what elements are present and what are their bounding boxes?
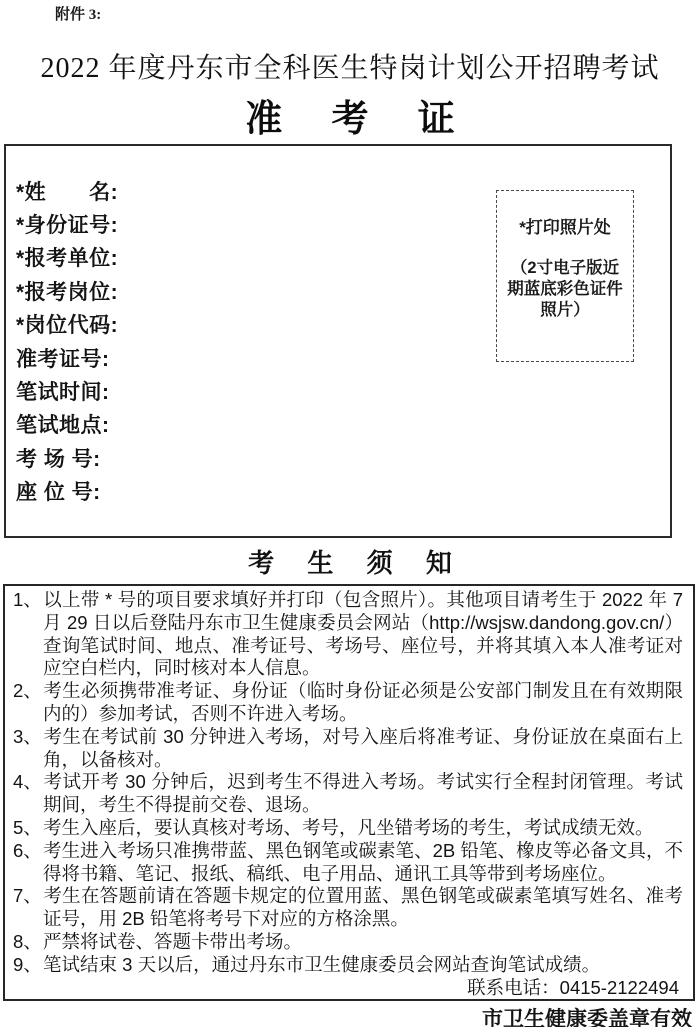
field-row-applied-position: *报考岗位: xyxy=(16,274,490,307)
field-label-applied-position: *报考岗位: xyxy=(16,276,118,306)
ticket-info-box: *姓 名: *身份证号: *报考单位: *报考岗位: *岗位代码: 准考证号: … xyxy=(4,144,672,538)
notice-box: 1、以上带 * 号的项目要求填好并打印（包含照片）。其他项目请考生于 2022 … xyxy=(3,584,695,1001)
notice-item-text: 笔试结束 3 天以后，通过丹东市卫生健康委员会网站查询笔试成绩。 xyxy=(43,954,600,975)
notice-item: 5、考生入座后，要认真核对考场、考号，凡坐错考场的考生，考试成绩无效。 xyxy=(13,817,683,840)
notice-item-number: 8、 xyxy=(13,931,43,954)
photo-placeholder-subtitle: （2寸电子版近期蓝底彩色证件照片） xyxy=(504,258,626,321)
notice-item-number: 9、 xyxy=(13,954,43,977)
field-label-exam-time: 笔试时间: xyxy=(16,376,110,406)
notice-item-text: 考生入座后，要认真核对考场、考号，凡坐错考场的考生，考试成绩无效。 xyxy=(43,817,654,838)
field-label-id-number: *身份证号: xyxy=(16,209,118,239)
notice-item-text: 考生在答题前请在答题卡规定的位置用蓝、黑色钢笔或碳素笔填写姓名、准考证号，用 2… xyxy=(43,885,683,929)
field-row-exam-time: 笔试时间: xyxy=(16,374,490,407)
seal-note: 市卫生健康委盖章有效 xyxy=(482,1003,692,1027)
field-label-applied-unit: *报考单位: xyxy=(16,242,118,272)
notice-item: 1、以上带 * 号的项目要求填好并打印（包含照片）。其他项目请考生于 2022 … xyxy=(13,589,683,680)
field-row-applied-unit: *报考单位: xyxy=(16,241,490,274)
notice-item-text: 考生必须携带准考证、身份证（临时身份证必须是公安部门制发且在有效期限内的）参加考… xyxy=(43,680,683,724)
notice-item-number: 2、 xyxy=(13,680,43,703)
notice-item-text: 严禁将试卷、答题卡带出考场。 xyxy=(43,931,302,952)
field-row-seat-number: 座 位 号: xyxy=(16,475,490,508)
field-row-name: *姓 名: xyxy=(16,174,490,207)
field-label-exam-location: 笔试地点: xyxy=(16,409,110,439)
field-label-name: *姓 名: xyxy=(16,176,118,206)
notice-item-text: 以上带 * 号的项目要求填好并打印（包含照片）。其他项目请考生于 2022 年 … xyxy=(43,589,683,678)
field-row-ticket-number: 准考证号: xyxy=(16,341,490,374)
notice-item-number: 6、 xyxy=(13,840,43,863)
notice-item: 7、考生在答题前请在答题卡规定的位置用蓝、黑色钢笔或碳素笔填写姓名、准考证号，用… xyxy=(13,885,683,931)
contact-phone: 联系电话：0415-2122494 xyxy=(13,977,683,1000)
exam-title: 2022 年度丹东市全科医生特岗计划公开招聘考试 xyxy=(0,46,700,86)
notice-item-number: 3、 xyxy=(13,726,43,749)
notice-item-number: 7、 xyxy=(13,885,43,908)
admission-ticket-document: 附件 3: 2022 年度丹东市全科医生特岗计划公开招聘考试 准 考 证 *姓 … xyxy=(0,0,700,1027)
notice-item: 3、考生在考试前 30 分钟进入考场，对号入座后将准考证、身份证放在桌面右上角，… xyxy=(13,726,683,772)
ticket-title: 准 考 证 xyxy=(0,88,700,142)
notice-heading: 考 生 须 知 xyxy=(0,543,700,580)
field-label-exam-room: 考 场 号: xyxy=(16,443,101,473)
notice-item-text: 考生进入考场只准携带蓝、黑色钢笔或碳素笔、2B 铅笔、橡皮等必备文具，不得将书籍… xyxy=(43,840,683,884)
field-row-id-number: *身份证号: xyxy=(16,207,490,240)
notice-item: 4、考试开考 30 分钟后，迟到考生不得进入考场。考试实行全程封闭管理。考试期间… xyxy=(13,771,683,817)
notice-item-text: 考试开考 30 分钟后，迟到考生不得进入考场。考试实行全程封闭管理。考试期间，考… xyxy=(43,771,683,815)
attachment-label: 附件 3: xyxy=(55,3,101,24)
field-label-ticket-number: 准考证号: xyxy=(16,343,110,373)
notice-item-number: 4、 xyxy=(13,771,43,794)
field-row-position-code: *岗位代码: xyxy=(16,308,490,341)
field-list: *姓 名: *身份证号: *报考单位: *报考岗位: *岗位代码: 准考证号: … xyxy=(16,174,490,508)
field-row-exam-room: 考 场 号: xyxy=(16,441,490,474)
field-label-position-code: *岗位代码: xyxy=(16,309,118,339)
notice-item-text: 考生在考试前 30 分钟进入考场，对号入座后将准考证、身份证放在桌面右上角，以备… xyxy=(43,726,683,770)
notice-item-number: 1、 xyxy=(13,589,43,612)
field-label-seat-number: 座 位 号: xyxy=(16,476,101,506)
notice-item: 6、考生进入考场只准携带蓝、黑色钢笔或碳素笔、2B 铅笔、橡皮等必备文具，不得将… xyxy=(13,840,683,886)
notice-item: 8、严禁将试卷、答题卡带出考场。 xyxy=(13,931,683,954)
photo-placeholder-title: *打印照片处 xyxy=(497,213,633,238)
notice-item: 9、笔试结束 3 天以后，通过丹东市卫生健康委员会网站查询笔试成绩。 xyxy=(13,954,683,977)
field-row-exam-location: 笔试地点: xyxy=(16,408,490,441)
photo-placeholder-box: *打印照片处 （2寸电子版近期蓝底彩色证件照片） xyxy=(496,190,634,362)
notice-item: 2、考生必须携带准考证、身份证（临时身份证必须是公安部门制发且在有效期限内的）参… xyxy=(13,680,683,726)
notice-item-number: 5、 xyxy=(13,817,43,840)
